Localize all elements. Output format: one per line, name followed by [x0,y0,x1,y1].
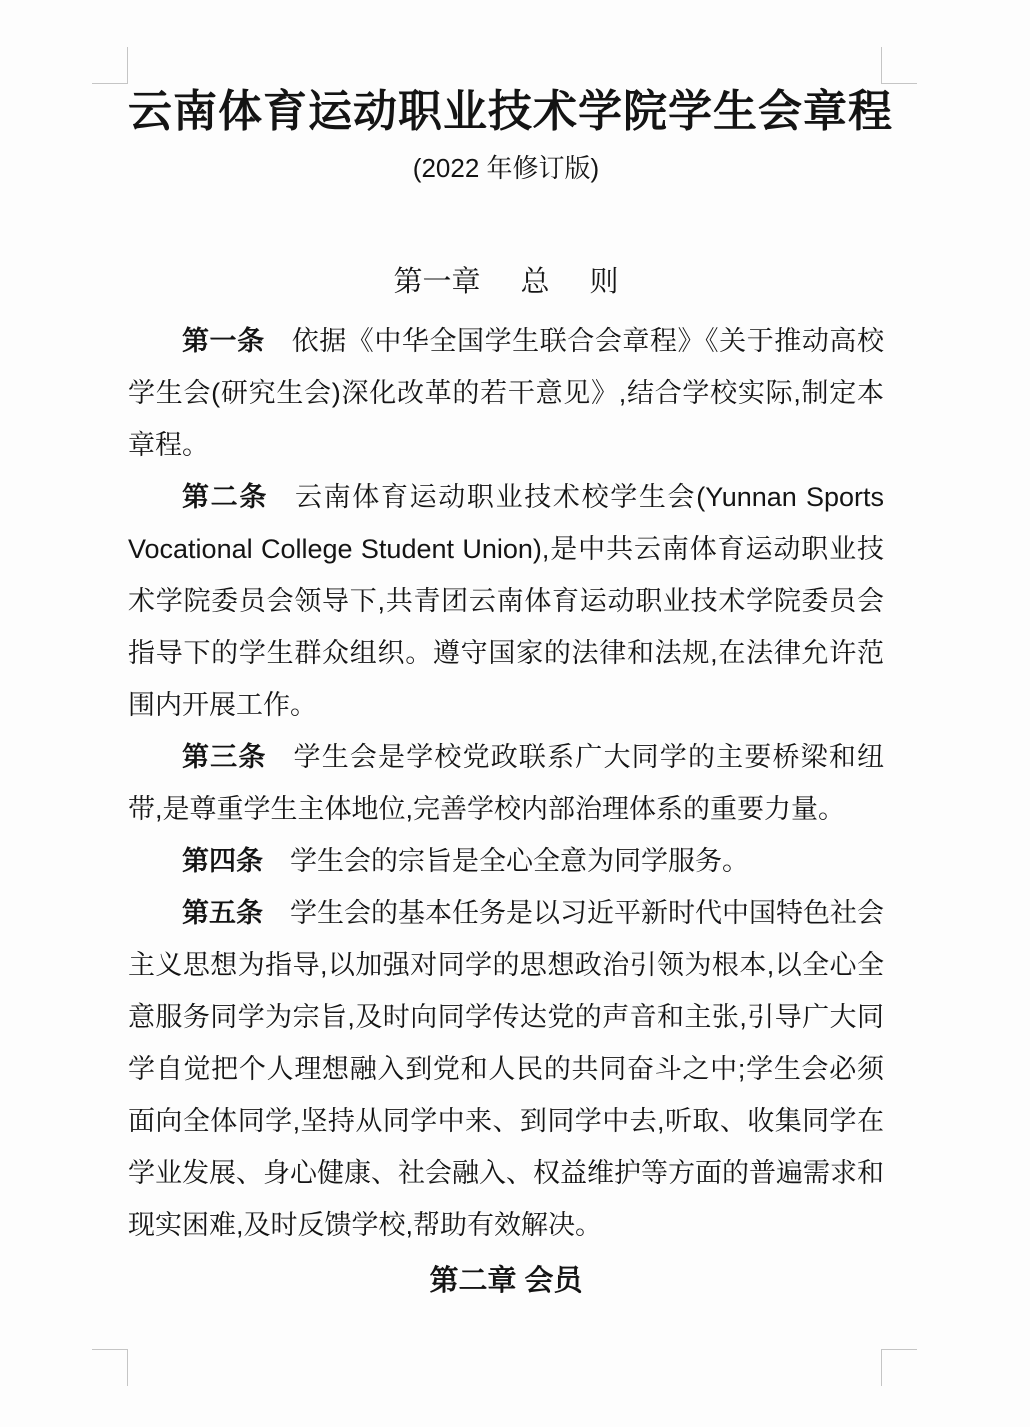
text-area: 云南体育运动职业技术学院学生会章程 (2022 年修订版) 第一章 总 则 第一… [128,83,884,1307]
article-4-label: 第四条 [182,846,263,876]
article-4-text: 学生会的宗旨是全心全意为同学服务。 [290,846,749,876]
article-paragraph-1: 第一条依据《中华全国学生联合会章程》《关于推动高校学生会(研究生会)深化改革的若… [128,315,884,471]
articles-body: 第一条依据《中华全国学生联合会章程》《关于推动高校学生会(研究生会)深化改革的若… [128,315,884,1251]
article-paragraph-2: 第二条云南体育运动职业技术校学生会(Yunnan Sports Vocation… [128,471,884,731]
article-paragraph-3: 第三条学生会是学校党政联系广大同学的主要桥梁和纽带,是尊重学生主体地位,完善学校… [128,731,884,835]
chapter-2-heading: 第二章 会员 [128,1255,884,1307]
article-1-label: 第一条 [182,326,265,356]
document-page: 云南体育运动职业技术学院学生会章程 (2022 年修订版) 第一章 总 则 第一… [0,0,1030,1427]
crop-mark-bottom-right [881,1349,917,1386]
document-title: 云南体育运动职业技术学院学生会章程 [128,83,884,141]
crop-mark-top-left [92,47,128,84]
article-5-label: 第五条 [182,898,263,928]
chapter-1-title-char-2: 则 [590,261,619,303]
article-paragraph-5: 第五条学生会的基本任务是以习近平新时代中国特色社会主义思想为指导,以加强对同学的… [128,887,884,1251]
article-2-label: 第二条 [182,482,268,512]
article-2-text: 云南体育运动职业技术校学生会(Yunnan Sports Vocational … [128,482,884,720]
crop-mark-top-right [881,47,917,84]
document-subtitle: (2022 年修订版) [128,149,884,187]
chapter-1-title-char-1: 总 [520,261,549,303]
chapter-1-number: 第一章 [393,261,480,303]
chapter-1-heading: 第一章 总 则 [128,261,884,303]
crop-mark-bottom-left [92,1349,128,1386]
article-3-label: 第三条 [182,742,267,772]
article-5-text: 学生会的基本任务是以习近平新时代中国特色社会主义思想为指导,以加强对同学的思想政… [128,898,884,1240]
article-paragraph-4: 第四条学生会的宗旨是全心全意为同学服务。 [128,835,884,887]
